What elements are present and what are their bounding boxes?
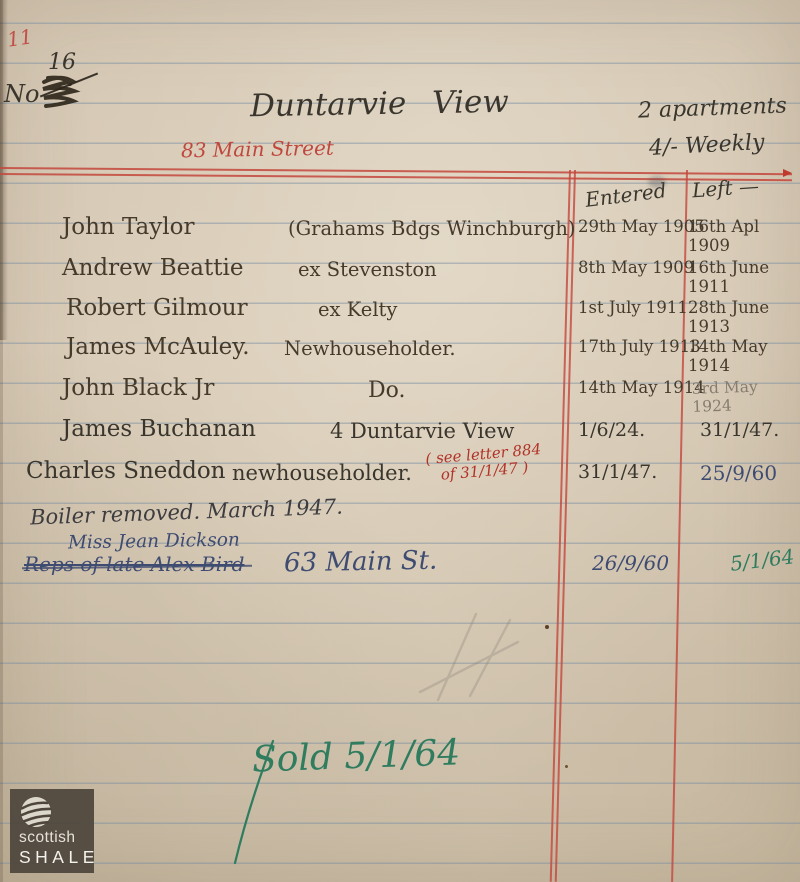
correction-address: 63 Main St. xyxy=(284,546,438,579)
ledger-row: Charles Sneddon newhouseholder. ( see le… xyxy=(0,458,800,500)
folio-number: 11 xyxy=(5,24,34,51)
ink-smudge xyxy=(648,176,666,188)
ledger-page: 11 16 No Duntarvie View 2 apartments 83 … xyxy=(0,0,800,882)
paper-speck xyxy=(565,765,568,768)
tenant-name: Charles Sneddon xyxy=(26,458,226,484)
watermark-text-line2: SHALE xyxy=(19,847,99,868)
red-address-note: 83 Main Street xyxy=(181,136,334,163)
faint-pencil-marks xyxy=(400,600,540,710)
ledger-row: Andrew Beattie ex Stevenston 8th May 190… xyxy=(0,255,800,297)
tenant-name: James Buchanan xyxy=(62,416,256,442)
entered-date: 29th May 1905 xyxy=(578,217,705,236)
house-number-label: No xyxy=(4,80,39,108)
crossed-out-entry: Reps of late Alex Bird xyxy=(24,552,244,576)
scribbled-out-number xyxy=(38,72,84,110)
ledger-row: Robert Gilmour ex Kelty 1st July 1911 28… xyxy=(0,295,800,337)
correction-name: Miss Jean Dickson xyxy=(68,530,240,554)
entered-date: 8th May 1909 xyxy=(578,258,694,277)
left-date: 3rd May 1924 xyxy=(691,376,800,416)
tenant-note: (Grahams Bdgs Winchburgh) xyxy=(288,217,576,240)
sold-pen-upstroke xyxy=(225,735,285,865)
entered-date: 14th May 1914 xyxy=(578,378,705,397)
tenant-note: ex Kelty xyxy=(318,298,397,321)
paper-speck xyxy=(545,625,549,629)
correction-left-date: 5/1/64 xyxy=(729,544,796,576)
scottish-shale-watermark: scottish SHALE xyxy=(10,789,94,873)
left-date: 16th Apl 1909 xyxy=(688,217,800,255)
column-header-left: Left — xyxy=(691,174,759,203)
left-date: 14th May 1914 xyxy=(688,337,800,375)
rent-note: 4/- Weekly xyxy=(648,130,765,161)
tenant-name: Andrew Beattie xyxy=(62,255,243,281)
tenant-name: John Taylor xyxy=(62,214,194,240)
entered-date: 1/6/24. xyxy=(578,419,645,441)
left-date: 16th June 1911 xyxy=(688,258,800,296)
tenant-note: Do. xyxy=(368,378,406,403)
red-letter-annotation: ( see letter 884 of 31/1/47 ) xyxy=(425,441,544,485)
apartments-note: 2 apartments xyxy=(638,93,788,123)
ledger-row: James Buchanan 4 Duntarvie View 1/6/24. … xyxy=(0,416,800,458)
red-arrow-mark xyxy=(783,169,792,177)
tenant-note: newhouseholder. xyxy=(232,461,412,485)
correction-entered-date: 26/9/60 xyxy=(592,551,669,575)
tenant-name: Robert Gilmour xyxy=(66,295,248,321)
globe-icon xyxy=(18,794,54,830)
ledger-row: John Taylor (Grahams Bdgs Winchburgh) 29… xyxy=(0,214,800,256)
tenant-name: John Black Jr xyxy=(62,375,214,401)
left-date: 25/9/60 xyxy=(700,461,777,485)
tenant-note: ex Stevenston xyxy=(298,258,437,281)
entered-date: 1st July 1911 xyxy=(578,298,688,317)
tenant-name: James McAuley. xyxy=(66,334,250,360)
tenant-note: 4 Duntarvie View xyxy=(330,419,515,443)
entered-date: 31/1/47. xyxy=(578,461,657,483)
left-date: 31/1/47. xyxy=(700,419,779,441)
entered-date: 17th July 1913 xyxy=(578,337,701,356)
tenant-note: Newhouseholder. xyxy=(284,337,456,360)
left-date: 28th June 1913 xyxy=(688,298,800,336)
ledger-row: John Black Jr Do. 14th May 1914 3rd May … xyxy=(0,375,800,417)
watermark-text-line1: scottish xyxy=(19,829,76,847)
page-title: Duntarvie View xyxy=(250,84,509,125)
ledger-row: James McAuley. Newhouseholder. 17th July… xyxy=(0,334,800,376)
